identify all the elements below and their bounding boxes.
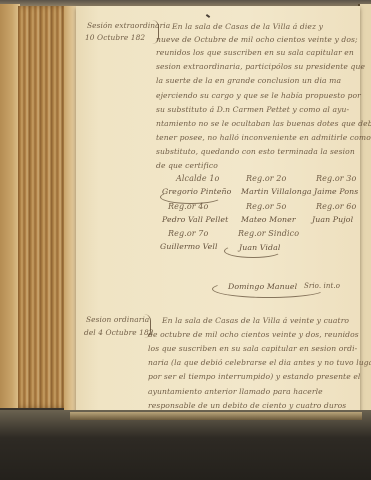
signature-title: Reg.or 6o <box>316 202 356 211</box>
signature-name: Juan Pujol <box>312 215 353 224</box>
body-line: responsable de un debito de ciento y cua… <box>148 401 346 410</box>
body-line: ejerciendo su cargo y que se le había pr… <box>156 91 361 100</box>
body-line: de octubre de mil ocho cientos veinte y … <box>148 330 359 339</box>
signature-title: Reg.or 7o <box>168 229 208 238</box>
body-line: ntamiento no se le ocultaban las buenas … <box>156 119 371 128</box>
body-line: nueve de Octubre de mil ocho cientos vei… <box>156 35 358 44</box>
signature-title: Reg.or 4o <box>168 202 208 211</box>
signature-title: Reg.or 2o <box>246 174 286 183</box>
body-line: reunidos los que suscriben en su sala ca… <box>156 48 354 57</box>
margin-note-session-type: Sesion ordinaria <box>86 315 149 324</box>
body-line: ayuntamiento anterior llamado para hacer… <box>148 387 323 396</box>
page-bottom-edge <box>70 412 362 420</box>
body-line: En la sala de Casas de la Villa á diez y <box>172 22 323 31</box>
body-line: En la sala de Casas de la Villa á veinte… <box>162 316 349 325</box>
signature-name: Jaime Pons <box>314 187 358 196</box>
signature-title: Reg.or 5o <box>246 202 286 211</box>
body-line: substituto, quedando con esto terminada … <box>156 147 355 156</box>
body-line: la suerte de la en grande conclusion un … <box>156 76 341 85</box>
signature-title: Alcalde 1o <box>176 174 219 183</box>
body-line: de que certifico <box>156 161 218 170</box>
body-line: naria (la que debió celebrarse el dia an… <box>148 358 371 367</box>
body-line: su substituto á D.n Carmen Pettet y como… <box>156 105 349 114</box>
signature-flourish <box>224 244 282 258</box>
signature-name: Guillermo Vell <box>160 242 218 251</box>
manuscript-scan: Sesión extraordinaria 10 Octubre 182 En … <box>0 0 371 480</box>
body-line: los que suscriben en su sala capitular e… <box>148 344 357 353</box>
signature-name: Martin Villalonga <box>241 187 312 196</box>
ink-fleck <box>206 14 210 18</box>
signature-title: Reg.or 3o <box>316 174 356 183</box>
signature-name: Mateo Moner <box>241 215 296 224</box>
margin-note-date: 10 Octubre 182 <box>85 33 145 42</box>
body-line: sesion extraordinaria, participólos su p… <box>156 62 365 71</box>
body-line: por ser el tiempo interrumpido) y estand… <box>148 372 360 381</box>
signature-flourish <box>212 280 326 298</box>
signature-title: Reg.or Sindico <box>238 229 299 238</box>
body-line: tener posee, no halló inconveniente en a… <box>156 133 371 142</box>
book-cover-edge <box>0 4 20 408</box>
manuscript-page: Sesión extraordinaria 10 Octubre 182 En … <box>76 6 360 416</box>
scanner-bed <box>0 410 371 480</box>
signature-name: Pedro Vall Pellet <box>162 215 228 224</box>
